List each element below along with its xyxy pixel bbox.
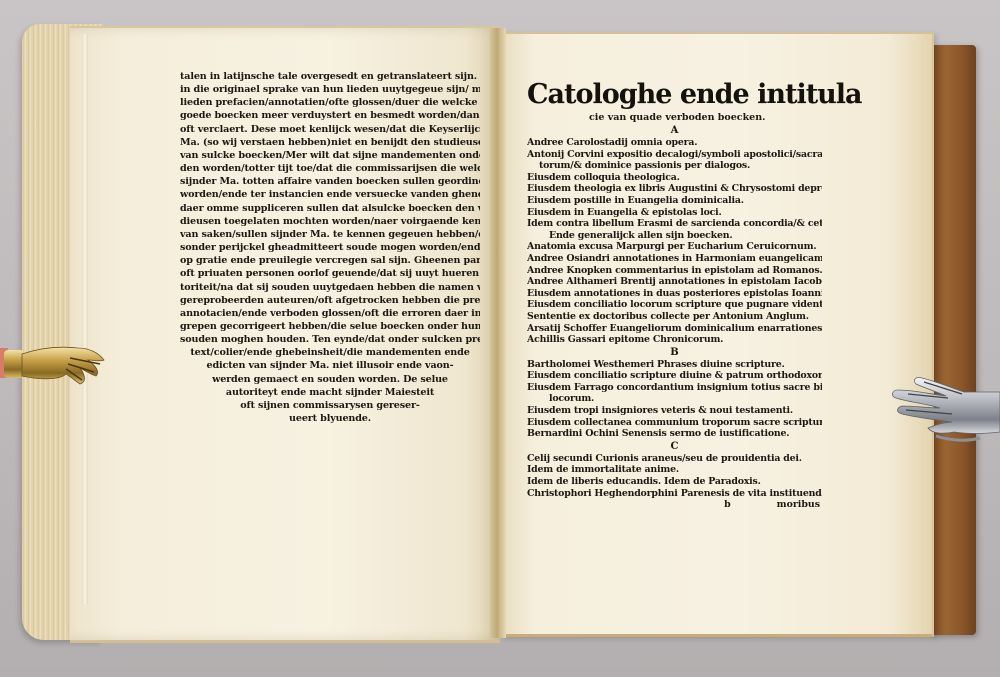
left-page-text: talen in latijnsche tale overgesedt en g… bbox=[180, 70, 480, 425]
catalogue-entry: Anatomia excusa Marpurgi per Eucharium C… bbox=[527, 241, 822, 253]
left-text-line: in die originael sprake van hun lieden u… bbox=[180, 83, 480, 96]
catalogue-entry: torum/& dominice passionis per dialogos. bbox=[527, 160, 822, 172]
page-footer: b moribus bbox=[527, 499, 822, 510]
left-text-line: talen in latijnsche tale overgesedt en g… bbox=[180, 70, 480, 83]
left-text-line: daer omme suppliceren sullen dat alsulck… bbox=[180, 202, 480, 215]
left-text-line: werden gemaect en souden worden. De selu… bbox=[180, 373, 480, 386]
left-text-line: den worden/totter tijt toe/dat die commi… bbox=[180, 162, 480, 175]
left-text-line: autoriteyt ende macht sijnder Maiesteit bbox=[180, 386, 480, 399]
catalogue-entry: Eiusdem tropi insigniores veteris & noui… bbox=[527, 405, 822, 417]
section-mark: C bbox=[527, 440, 822, 453]
catalogue-entry: Celij secundi Curionis araneus/seu de pr… bbox=[527, 453, 822, 465]
catalogue-entry: Eiusdem conciliatio locorum scripture qu… bbox=[527, 299, 822, 311]
catalogue-entry: Andree Carolostadij omnia opera. bbox=[527, 137, 822, 149]
left-text-line: sonder perijckel gheadmitteert soude mog… bbox=[180, 241, 480, 254]
section-mark: B bbox=[527, 346, 822, 359]
left-text-line: op gratie ende preuilegie vercregen sal … bbox=[180, 254, 480, 267]
left-text-line: toriteit/na dat sij souden uuytgedaen he… bbox=[180, 281, 480, 294]
left-text-line: van sulcke boecken/Mer wilt dat sijne ma… bbox=[180, 149, 480, 162]
silver-hand-clip-icon bbox=[888, 362, 1000, 450]
catalogue-entry: Bernardini Ochini Senensis sermo de iust… bbox=[527, 428, 822, 440]
catalogue-entry: Ende generalijck allen sijn boecken. bbox=[527, 230, 822, 242]
catalogue-entry: Eiusdem conciliatio scripture diuine & p… bbox=[527, 370, 822, 382]
left-text-line: oft verclaert. Dese moet kenlijck wesen/… bbox=[180, 123, 480, 136]
left-text-line: text/colier/ende ghebeinsheit/die mandem… bbox=[180, 346, 480, 359]
left-text-line: dieusen toegelaten mochten worden/naer v… bbox=[180, 215, 480, 228]
catalogue-entry: Idem de immortalitate anime. bbox=[527, 464, 822, 476]
catalogue-entry: Eiusdem annotationes in duas posteriores… bbox=[527, 288, 822, 300]
catalogue-entry: Bartholomei Westhemeri Phrases diuine sc… bbox=[527, 359, 822, 371]
catalogue-entry: Eiusdem colloquia theologica. bbox=[527, 172, 822, 184]
left-text-line: sijnder Ma. totten affaire vanden boecke… bbox=[180, 175, 480, 188]
catalogue-entry: Arsatij Schoffer Euangeliorum dominicali… bbox=[527, 323, 822, 335]
left-text-line: gereprobeerden auteuren/oft afgetrocken … bbox=[180, 294, 480, 307]
catalogue-sections: AAndree Carolostadij omnia opera.Antonij… bbox=[527, 124, 822, 499]
catalogue-entry: Idem contra libellum Erasmi de sarcienda… bbox=[527, 218, 822, 230]
catalogue-entry: Andree Knopken commentarius in epistolam… bbox=[527, 265, 822, 277]
left-text-line: souden moghen houden. Ten eynde/dat onde… bbox=[180, 333, 480, 346]
left-text-line: goede boecken meer verduystert en besmed… bbox=[180, 109, 480, 122]
left-text-line: ueert blyuende. bbox=[180, 412, 480, 425]
signature-mark: b bbox=[724, 499, 731, 510]
catalogue-entry: Eiusdem in Euangelia & epistolas loci. bbox=[527, 207, 822, 219]
left-text-line: lieden prefacien/annotatien/ofte glossen… bbox=[180, 96, 480, 109]
catalogue-subtitle: cie van quade verboden boecken. bbox=[589, 112, 822, 124]
left-text-line: worden/ende ter instancien ende versueck… bbox=[180, 188, 480, 201]
gold-hand-clip-icon bbox=[0, 338, 108, 394]
open-book: talen in latijnsche tale overgesedt en g… bbox=[0, 0, 1000, 677]
catchword: moribus bbox=[777, 499, 820, 510]
left-text-line: oft priuaten personen oorlof geuende/dat… bbox=[180, 267, 480, 280]
left-text-line: grepen gecorrigeert hebben/die selue boe… bbox=[180, 320, 480, 333]
catalogue-entry: Eiusdem Farrago concordantium insignium … bbox=[527, 382, 822, 394]
catalogue-title: Catologhe ende intitula bbox=[527, 80, 822, 110]
right-page-text: Catologhe ende intitula cie van quade ve… bbox=[527, 80, 822, 510]
catalogue-entry: Eiusdem theologia ex libris Augustini & … bbox=[527, 183, 822, 195]
left-text-line: Ma. (so wij verstaen hebben)niet en beni… bbox=[180, 136, 480, 149]
catalogue-entry: Idem de liberis educandis. Idem de Parad… bbox=[527, 476, 822, 488]
left-text-line: edicten van sijnder Ma. niet illusoir en… bbox=[180, 359, 480, 372]
leather-back-cover bbox=[930, 45, 976, 635]
section-mark: A bbox=[527, 124, 822, 137]
catalogue-entry: Andree Osiandri annotationes in Harmonia… bbox=[527, 253, 822, 265]
catalogue-entry: locorum. bbox=[527, 393, 822, 405]
catalogue-entry: Eiusdem collectanea communium troporum s… bbox=[527, 417, 822, 429]
left-text-line: van saken/sullen sijnder Ma. te kennen g… bbox=[180, 228, 480, 241]
catalogue-entry: Achillis Gassari epitome Chronicorum. bbox=[527, 334, 822, 346]
catalogue-entry: Eiusdem postille in Euangelia dominicali… bbox=[527, 195, 822, 207]
left-text-line: annotacien/ende verboden glossen/oft die… bbox=[180, 307, 480, 320]
left-page-fold bbox=[82, 34, 88, 604]
catalogue-entry: Sententie ex doctoribus collecte per Ant… bbox=[527, 311, 822, 323]
catalogue-entry: Christophori Heghendorphini Parenesis de… bbox=[527, 488, 822, 500]
catalogue-entry: Antonij Corvini expositio decalogi/symbo… bbox=[527, 149, 822, 161]
left-text-line: oft sijnen commissarysen gereser- bbox=[180, 399, 480, 412]
catalogue-entry: Andree Althameri Brentij annotationes in… bbox=[527, 276, 822, 288]
book-gutter bbox=[490, 28, 506, 638]
